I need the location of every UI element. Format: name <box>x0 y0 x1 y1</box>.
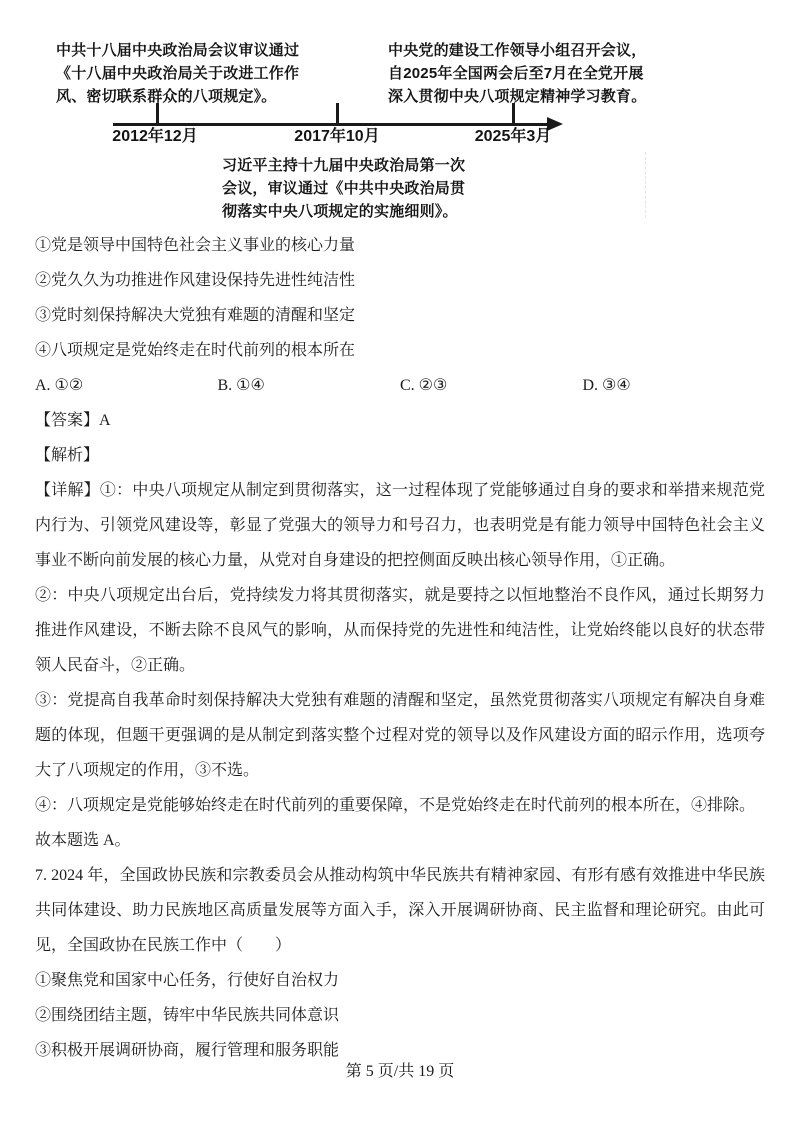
timeline-date-2025: 2025年3月 <box>475 127 552 147</box>
q6-statement-4: ④八项规定是党始终走在时代前列的根本所在 <box>35 333 765 368</box>
q6-options-row: A. ①② B. ①④ C. ②③ D. ③④ <box>35 368 765 403</box>
scan-artifact <box>645 152 647 218</box>
timeline-axis <box>113 123 550 126</box>
analysis-label: 【解析】 <box>35 438 765 473</box>
question7-stem: 7. 2024 年，全国政协民族和宗教委员会从推动构筑中华民族共有精神家园、有形… <box>35 858 765 963</box>
timeline-tick-2012 <box>156 103 159 124</box>
option-d: D. ③④ <box>583 368 766 403</box>
explanation-conclusion: 故本题选 A。 <box>35 823 765 858</box>
page-footer: 第 5 页/共 19 页 <box>0 1058 800 1086</box>
option-a: A. ①② <box>35 368 218 403</box>
timeline-tick-2025 <box>512 103 515 124</box>
timeline-diagram: 中共十八届中央政治局会议审议通过 《十八届中央政治局关于改进工作作 风、密切联系… <box>35 18 671 232</box>
q7-statement-2: ②围绕团结主题，铸牢中华民族共同体意识 <box>35 998 765 1033</box>
option-b: B. ①④ <box>218 368 401 403</box>
q7-statement-1: ①聚焦党和国家中心任务，行使好自治权力 <box>35 963 765 998</box>
option-c: C. ②③ <box>400 368 583 403</box>
answer-line: 【答案】A <box>35 403 765 438</box>
timeline-date-2012: 2012年12月 <box>112 127 197 147</box>
question-body: ①党是领导中国特色社会主义事业的核心力量 ②党久久为功推进作风建设保持先进性纯洁… <box>35 228 765 1068</box>
explanation-point-1: 【详解】①：中央八项规定从制定到贯彻落实，这一过程体现了党能够通过自身的要求和举… <box>35 473 765 578</box>
timeline-event-2012: 中共十八届中央政治局会议审议通过 《十八届中央政治局关于改进工作作 风、密切联系… <box>56 39 318 108</box>
exam-document-page: 中共十八届中央政治局会议审议通过 《十八届中央政治局关于改进工作作 风、密切联系… <box>0 0 800 1126</box>
timeline-event-2017: 习近平主持十九届中央政治局第一次 会议，审议通过《中共中央政治局贯 彻落实中央八… <box>222 154 498 223</box>
q6-statement-1: ①党是领导中国特色社会主义事业的核心力量 <box>35 228 765 263</box>
q6-statement-2: ②党久久为功推进作风建设保持先进性纯洁性 <box>35 263 765 298</box>
page-indicator: 第 5 页/共 19 页 <box>346 1063 454 1080</box>
timeline-tick-2017 <box>336 103 339 124</box>
explanation-point-4: ④：八项规定是党能够始终走在时代前列的重要保障，不是党始终走在时代前列的根本所在… <box>35 788 765 823</box>
explanation-point-3: ③：党提高自我革命时刻保持解决大党独有难题的清醒和坚定，虽然党贯彻落实八项规定有… <box>35 683 765 788</box>
timeline-date-2017: 2017年10月 <box>294 127 379 147</box>
timeline-event-2025: 中央党的建设工作领导小组召开会议， 自2025年全国两会后至7月在全党开展 深入… <box>388 39 658 108</box>
q6-statement-3: ③党时刻保持解决大党独有难题的清醒和坚定 <box>35 298 765 333</box>
explanation-point-2: ②：中央八项规定出台后，党持续发力将其贯彻落实，就是要持之以恒地整治不良作风，通… <box>35 578 765 683</box>
